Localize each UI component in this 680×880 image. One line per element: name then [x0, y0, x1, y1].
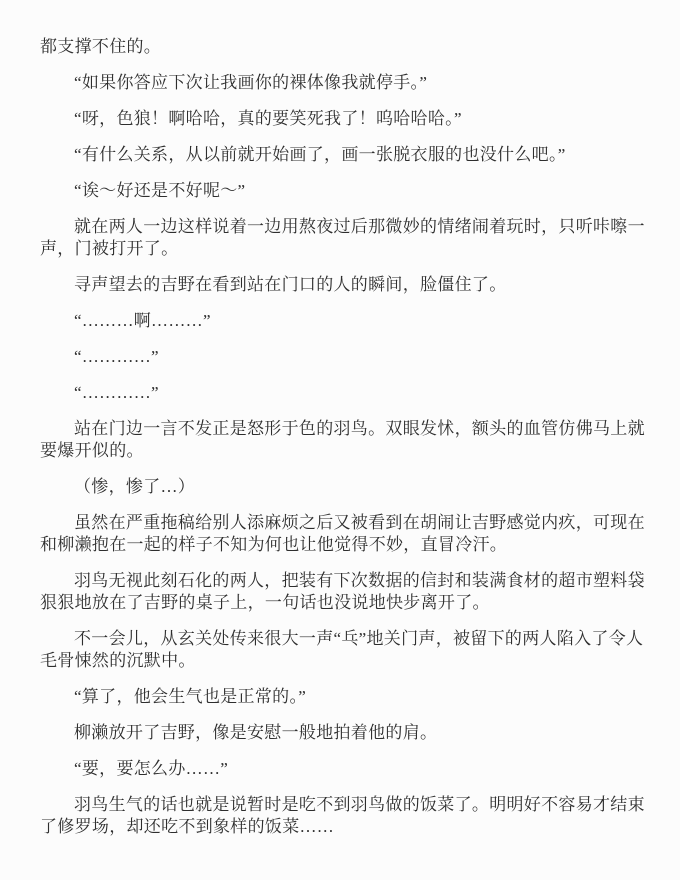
- narration-paragraph: 就在两人一边这样说着一边用熬夜过后那微妙的情绪闹着玩时，只听咔嚓一声，门被打开了…: [40, 216, 652, 260]
- dialogue-line: “…………”: [40, 346, 652, 368]
- dialogue-line: “诶～好还是不好呢～”: [40, 180, 652, 202]
- inner-thought-line: （惨，惨了…）: [40, 476, 652, 498]
- narration-paragraph: 羽鸟无视此刻石化的两人，把装有下次数据的信封和装满食材的超市塑料袋狠狠地放在了吉…: [40, 570, 652, 614]
- narration-paragraph: 站在门边一言不发正是怒形于色的羽鸟。双眼发怵，额头的血管仿佛马上就要爆开似的。: [40, 418, 652, 462]
- narration-paragraph: 羽鸟生气的话也就是说暂时是吃不到羽鸟做的饭菜了。明明好不容易才结束了修罗场，却还…: [40, 794, 652, 838]
- dialogue-line: “………啊………”: [40, 310, 652, 332]
- document-page: 都支撑不住的。 “如果你答应下次让我画你的裸体像我就停手。” “呀，色狼！啊哈哈…: [0, 0, 680, 880]
- dialogue-line: “如果你答应下次让我画你的裸体像我就停手。”: [40, 72, 652, 94]
- narration-paragraph: 都支撑不住的。: [40, 36, 652, 58]
- dialogue-line: “算了，他会生气也是正常的。”: [40, 686, 652, 708]
- dialogue-line: “要，要怎么办……”: [40, 758, 652, 780]
- narration-paragraph: 寻声望去的吉野在看到站在门口的人的瞬间，脸僵住了。: [40, 274, 652, 296]
- narration-paragraph: 虽然在严重拖稿给别人添麻烦之后又被看到在胡闹让吉野感觉内疚，可现在和柳濑抱在一起…: [40, 512, 652, 556]
- dialogue-line: “呀，色狼！啊哈哈，真的要笑死我了！呜哈哈哈。”: [40, 108, 652, 130]
- dialogue-line: “…………”: [40, 382, 652, 404]
- narration-paragraph: 柳濑放开了吉野，像是安慰一般地拍着他的肩。: [40, 722, 652, 744]
- narration-paragraph: 不一会儿，从玄关处传来很大一声“乓”地关门声，被留下的两人陷入了令人毛骨悚然的沉…: [40, 628, 652, 672]
- dialogue-line: “有什么关系，从以前就开始画了，画一张脱衣服的也没什么吧。”: [40, 144, 652, 166]
